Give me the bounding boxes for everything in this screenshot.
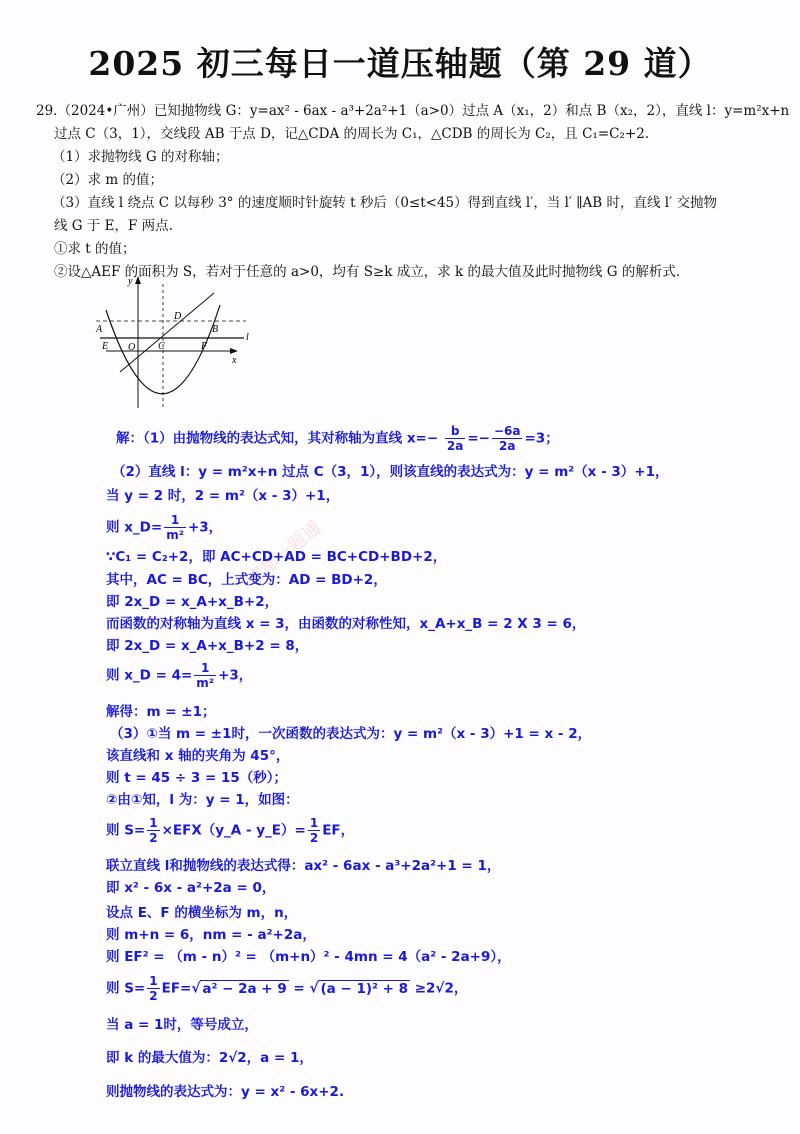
solution-line-18: 即 x² - 6x - a²+2a = 0， (106, 876, 275, 896)
problem-sub-1: ①求 t 的值； (36, 238, 776, 261)
solution-line-21: 则 EF² = （m - n）² = （m+n）² - 4mn = 4（a² -… (106, 945, 511, 965)
label-A: A (95, 324, 103, 335)
solution-line-1: 解：（1）由抛物线的表达式知，其对称轴为直线 x=− b2a=−−6a2a=3； (116, 424, 559, 453)
solution-line-20: 则 m+n = 6，nm = - a²+2a， (106, 923, 316, 943)
problem-part-3: （3）直线 l 绕点 C 以每秒 3° 的速度顺时针旋转 t 秒后（0≤t<45… (36, 192, 776, 215)
page-title: 2025 初三每日一道压轴题（第 29 道） (0, 38, 800, 85)
problem-part-1: （1）求抛物线 G 的对称轴； (36, 146, 776, 169)
problem-number: 29. (36, 103, 57, 119)
label-x: x (231, 355, 237, 366)
solution-line-7: 即 2x_D = x_A+x_B+2， (106, 590, 278, 610)
label-B: B (212, 324, 218, 335)
solution-line-22: 则 S=12EF=√a² − 2a + 9 = √(a − 1)² + 8 ≥2… (106, 974, 467, 1003)
solution-line-4: 则 x_D=1m²+3， (106, 513, 222, 542)
solution-line-9: 即 2x_D = x_A+x_B+2 = 8， (106, 634, 308, 654)
problem-part-3-cont: 线 G 于 E，F 两点. (36, 215, 776, 238)
label-l: l (246, 332, 249, 343)
solution-line-11: 解得：m = ±1； (106, 700, 215, 720)
problem-statement: 29.（2024•广州）已知抛物线 G：y=ax² - 6ax - a³+2a²… (36, 100, 776, 284)
problem-line-2: 过点 C（3，1），交线段 AB 于点 D，记△CDA 的周长为 C₁，△CDB… (36, 123, 776, 146)
problem-part-2: （2）求 m 的值； (36, 169, 776, 192)
solution-line-10: 则 x_D = 4=1m²+3， (106, 661, 252, 690)
solution-line-14: 则 t = 45 ÷ 3 = 15（秒）； (106, 766, 287, 786)
solution-line-19: 设点 E、F 的横坐标为 m，n， (106, 901, 297, 921)
label-y: y (127, 276, 133, 287)
label-C: C (158, 341, 165, 352)
solution-line-12: （3）①当 m = ±1时，一次函数的表达式为：y = m²（x - 3）+1 … (110, 722, 591, 742)
solution-line-24: 即 k 的最大值为：2√2，a = 1， (106, 1046, 313, 1066)
solution-line-3: 当 y = 2 时，2 = m²（x - 3）+1， (106, 484, 339, 504)
solution-line-23: 当 a = 1时，等号成立， (106, 1013, 258, 1033)
solution-line-16: 则 S=12×EFX（y_A - y_E）=12EF， (106, 816, 354, 845)
solution-line-8: 而函数的对称轴为直线 x = 3，由函数的对称性知，x_A+x_B = 2 X … (106, 612, 585, 632)
label-O: O (128, 342, 135, 353)
solution-line-2: （2）直线 l：y = m²x+n 过点 C（3，1），则该直线的表达式为：y … (112, 460, 669, 480)
parabola-figure: y x A B D E O C F l (86, 270, 266, 410)
label-F: F (200, 341, 208, 352)
solution-line-6: 其中，AC = BC，上式变为：AD = BD+2， (106, 568, 387, 588)
problem-line-1: 29.（2024•广州）已知抛物线 G：y=ax² - 6ax - a³+2a²… (36, 100, 776, 123)
solution-line-13: 该直线和 x 轴的夹角为 45°， (106, 744, 289, 764)
problem-source: （2024•广州） (57, 103, 153, 119)
label-D: D (173, 311, 182, 322)
solution-line-25: 则抛物线的表达式为：y = x² - 6x+2. (106, 1080, 344, 1100)
label-E: E (101, 341, 108, 352)
solution-line-5: ∵C₁ = C₂+2，即 AC+CD+AD = BC+CD+BD+2， (106, 545, 446, 565)
solution-line-15: ②由①知，l 为：y = 1，如图： (106, 788, 299, 808)
solution-line-17: 联立直线 l和抛物线的表达式得：ax² - 6ax - a³+2a²+1 = 1… (106, 854, 500, 874)
